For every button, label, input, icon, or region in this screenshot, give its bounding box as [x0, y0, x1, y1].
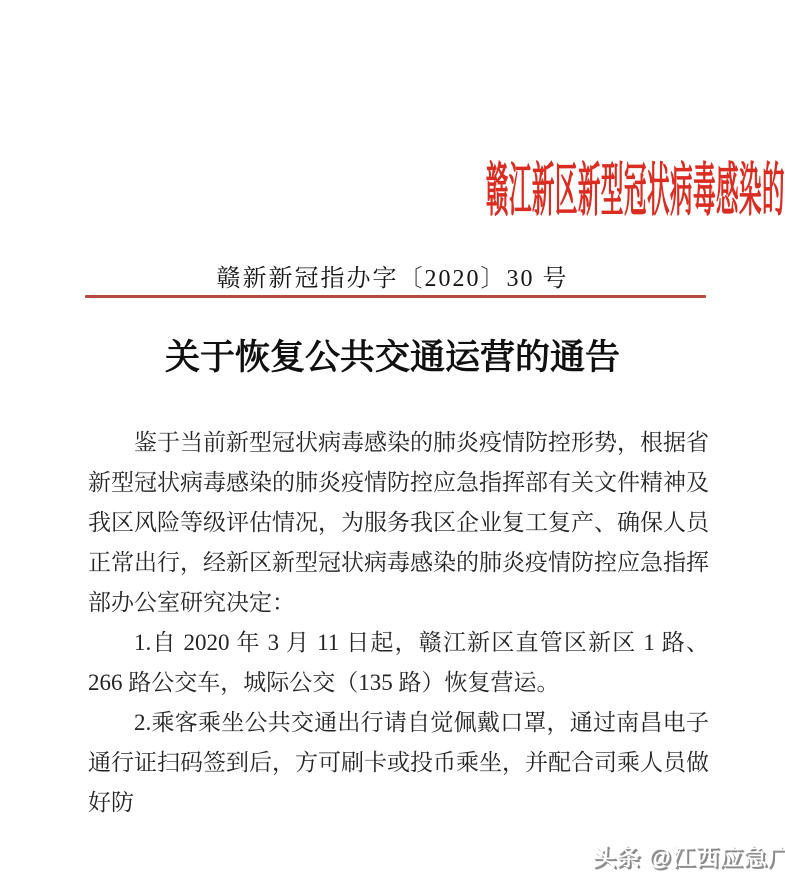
issuing-office-title: 赣江新区新型冠状病毒感染的肺炎疫情防控应急指挥部办公室	[486, 152, 785, 230]
notice-title: 关于恢复公共交通运营的通告	[0, 330, 785, 380]
paragraph-item-2: 2.乘客乘坐公共交通出行请自觉佩戴口罩，通过南昌电子通行证扫码签到后，方可刷卡或…	[88, 703, 709, 823]
notice-body: 鉴于当前新型冠状病毒感染的肺炎疫情防控形势，根据省新型冠状病毒感染的肺炎疫情防控…	[88, 423, 709, 823]
toutiao-watermark: 头条 @江西应急广播	[593, 839, 785, 872]
paragraph-preamble: 鉴于当前新型冠状病毒感染的肺炎疫情防控形势，根据省新型冠状病毒感染的肺炎疫情防控…	[88, 423, 709, 623]
scanned-notice-page: 赣江新区新型冠状病毒感染的肺炎疫情防控应急指挥部办公室 赣新新冠指办字〔2020…	[0, 0, 785, 878]
red-divider-line	[85, 295, 706, 298]
paragraph-item-1: 1.自 2020 年 3 月 11 日起，赣江新区直管区新区 1 路、266 路…	[88, 623, 709, 703]
issuing-office-header: 赣江新区新型冠状病毒感染的肺炎疫情防控应急指挥部办公室	[0, 152, 785, 230]
document-number: 赣新新冠指办字〔2020〕30 号	[0, 258, 785, 293]
